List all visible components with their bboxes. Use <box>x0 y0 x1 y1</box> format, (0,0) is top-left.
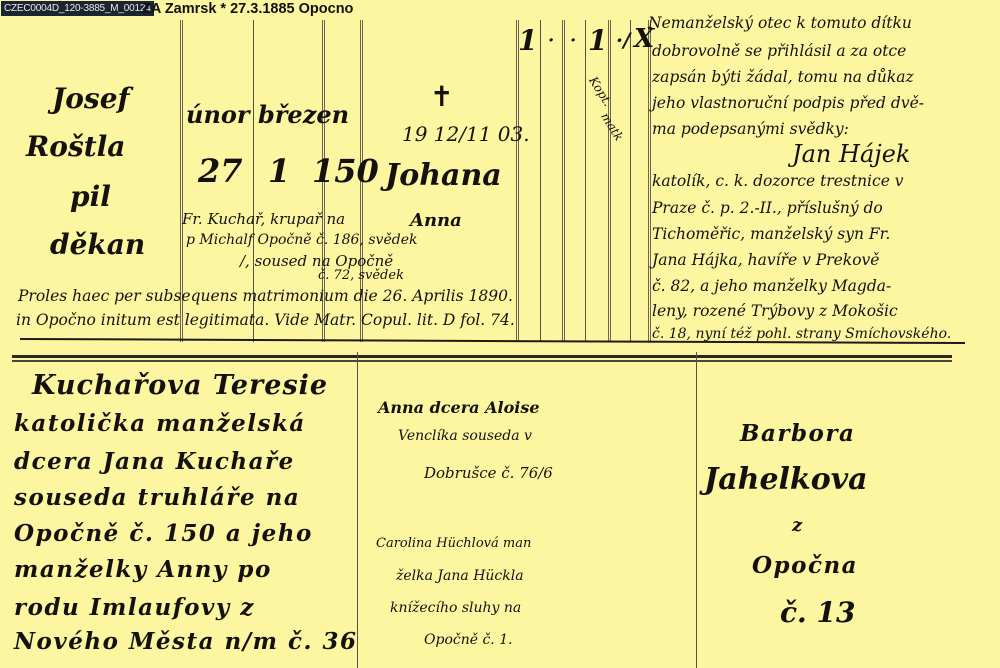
declaration-line: Praze č. p. 2.-II., příslušný do <box>652 199 883 217</box>
midwife-line: Jahelkova <box>704 462 868 497</box>
tally-mark: 1 <box>588 24 607 57</box>
mother-line: rodu Imlaufovy z <box>14 594 255 621</box>
declaration-line: Tichoměřic, manželský syn Fr. <box>652 225 890 243</box>
margin-note: matk <box>598 110 626 143</box>
image-id-badge: CZEC0004D_120-3885_M_00124 <box>1 1 154 16</box>
godparent-line: č. 72, svědek <box>318 268 404 283</box>
midwife-line: z <box>792 515 802 536</box>
birth-month: únor <box>186 100 250 129</box>
tally-mark: · <box>548 30 554 51</box>
column-rule <box>630 20 631 342</box>
midwife-line: Opočna <box>752 552 858 579</box>
grandmother-line: želka Jana Hückla <box>396 568 524 584</box>
section-divider <box>12 355 952 362</box>
grandmother-line: Anna dcera Aloise <box>378 398 540 417</box>
child-name: Johana <box>385 158 502 193</box>
tally-mark: 1 <box>518 24 537 57</box>
birth-day: 27 <box>198 152 243 190</box>
declaration-line: č. 18, nyní též pohl. strany Smíchovskéh… <box>652 326 951 342</box>
mother-line: Kuchařova Teresie <box>32 370 328 401</box>
declaration-line: Nemanželský otec k tomuto dítku <box>648 14 912 32</box>
midwife-line: č. 13 <box>780 596 856 629</box>
declaration-signature: Jan Hájek <box>792 140 910 168</box>
midwife-line: Barbora <box>740 420 855 447</box>
death-date: 19 12/11 03. <box>402 122 530 146</box>
godparent-line: p Michalf Opočně č. 186, svědek <box>186 232 417 248</box>
father-name-line: Josef <box>52 82 130 115</box>
house-number: 150 <box>312 152 379 190</box>
baptism-month: březen <box>258 100 349 129</box>
column-rule <box>608 20 609 342</box>
legitimation-line: in Opočno initum est legitimata. Vide Ma… <box>16 311 515 329</box>
register-page: CZEC0004D_120-3885_M_00124 ZA Zamrsk * 2… <box>0 0 1000 668</box>
column-rule <box>696 352 697 668</box>
column-rule <box>648 20 649 342</box>
mother-line: dcera Jana Kuchaře <box>14 448 295 475</box>
column-rule <box>357 352 358 668</box>
mother-line: katolička manželská <box>14 410 306 437</box>
declaration-line: č. 82, a jeho manželky Magda- <box>652 277 891 295</box>
column-rule <box>585 20 586 342</box>
page-title: ZA Zamrsk * 27.3.1885 Opocno <box>142 1 353 17</box>
declaration-line: katolík, c. k. dozorce trestnice v <box>652 172 904 190</box>
column-rule <box>516 20 517 342</box>
midwife-name: Anna <box>410 210 462 231</box>
mother-line: Nového Města n/m č. 36 <box>14 628 358 655</box>
declaration-line: jeho vlastnoruční podpis před dvě- <box>652 94 924 112</box>
declaration-line: leny, rozené Trýbovy z Mokošic <box>652 302 898 320</box>
grandmother-line: Carolina Hüchlová man <box>376 536 531 551</box>
godparent-line: Fr. Kuchař, krupař na <box>182 210 345 228</box>
declaration-line: dobrovolně se přihlásil a za otce <box>652 42 906 60</box>
column-rule <box>540 20 541 342</box>
mother-line: manželky Anny po <box>14 556 272 583</box>
declaration-line: ma podepsanými svědky: <box>652 120 849 138</box>
margin-note: Kopt. <box>586 74 615 109</box>
death-cross-icon: ✝ <box>430 80 453 113</box>
mother-line: souseda truhláře na <box>14 484 300 511</box>
grandmother-line: Venclíka souseda v <box>398 428 532 444</box>
grandmother-line: knížecího sluhy na <box>390 600 521 616</box>
mother-line: Opočně č. 150 a jeho <box>14 520 313 547</box>
tally-mark: · <box>570 30 576 51</box>
column-rule <box>562 20 563 342</box>
declaration-line: zapsán býti žádal, tomu na důkaz <box>652 68 914 86</box>
father-name-line: děkan <box>50 228 145 261</box>
grandmother-line: Dobrušce č. 76/6 <box>424 464 553 482</box>
declaration-line: Jana Hájka, havíře v Prekově <box>652 251 879 269</box>
legitimation-line: Proles haec per subsequens matrimonium d… <box>18 287 513 305</box>
father-name-line: pil <box>70 180 111 213</box>
tally-mark: ·/ <box>616 28 630 52</box>
father-name-line: Roštla <box>26 130 125 163</box>
baptism-day: 1 <box>268 152 290 190</box>
grandmother-line: Opočně č. 1. <box>424 632 513 648</box>
